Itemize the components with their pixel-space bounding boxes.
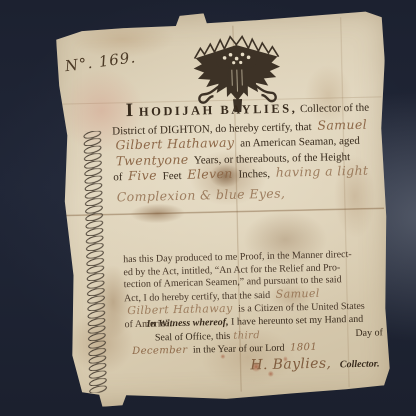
drop-cap-initial: I <box>126 100 137 121</box>
para1-line1-rest: Collector of the <box>300 102 369 116</box>
handwritten-day: third <box>233 329 260 343</box>
stain-crease-blot <box>130 203 185 224</box>
signature-line: H. Baylies, Collector. <box>247 354 380 373</box>
handwritten-year: 1801 <box>290 342 317 354</box>
print-text: in the Year of our Lord <box>193 343 285 356</box>
fold-crease-horizontal <box>60 207 384 216</box>
line-gap <box>263 335 355 337</box>
print-text: of <box>113 171 122 183</box>
print-text: an American Seaman, aged <box>240 135 360 150</box>
document-number: N°. 169. <box>64 48 137 75</box>
print-text: Day of <box>355 326 383 340</box>
print-text: I have hereunto set my Hand and <box>231 314 363 328</box>
collector-signature: H. Baylies, <box>250 356 331 374</box>
spiral-border-decoration <box>82 131 108 393</box>
handwritten-age: Twentyone <box>116 151 189 168</box>
handwritten-month: December <box>132 345 187 357</box>
handwritten-complexion-eyes: Complexion & blue Eyes, <box>117 185 286 204</box>
certificate-opening-paragraph: I HODIJAH BAYLIES, Collector of the Dist… <box>112 98 378 205</box>
handwritten-first-name-2: Samuel <box>276 287 320 301</box>
handwritten-feet: Five <box>128 167 157 183</box>
witness-clause-paragraph: In Witness whereof, I have hereunto set … <box>124 312 383 358</box>
para1-line6: Complexion & blue Eyes, <box>114 184 378 205</box>
handwritten-first-name: Samuel <box>317 116 367 132</box>
document-paper: N°. 169. I <box>48 8 395 408</box>
para1-line5: of Five Feet Eleven Inches, having a lig… <box>113 163 377 184</box>
witness-whereof-text: In Witness whereof, <box>146 317 228 330</box>
handwritten-complexion-start: having a light <box>276 163 369 180</box>
print-text: Feet <box>163 170 182 182</box>
handwritten-inches: Eleven <box>187 166 233 182</box>
print-text: Inches, <box>238 168 270 181</box>
collector-title: Collector. <box>340 358 380 370</box>
handwritten-surname: Gilbert Hathaway <box>115 135 234 153</box>
collector-name: HODIJAH BAYLIES, <box>139 101 298 119</box>
